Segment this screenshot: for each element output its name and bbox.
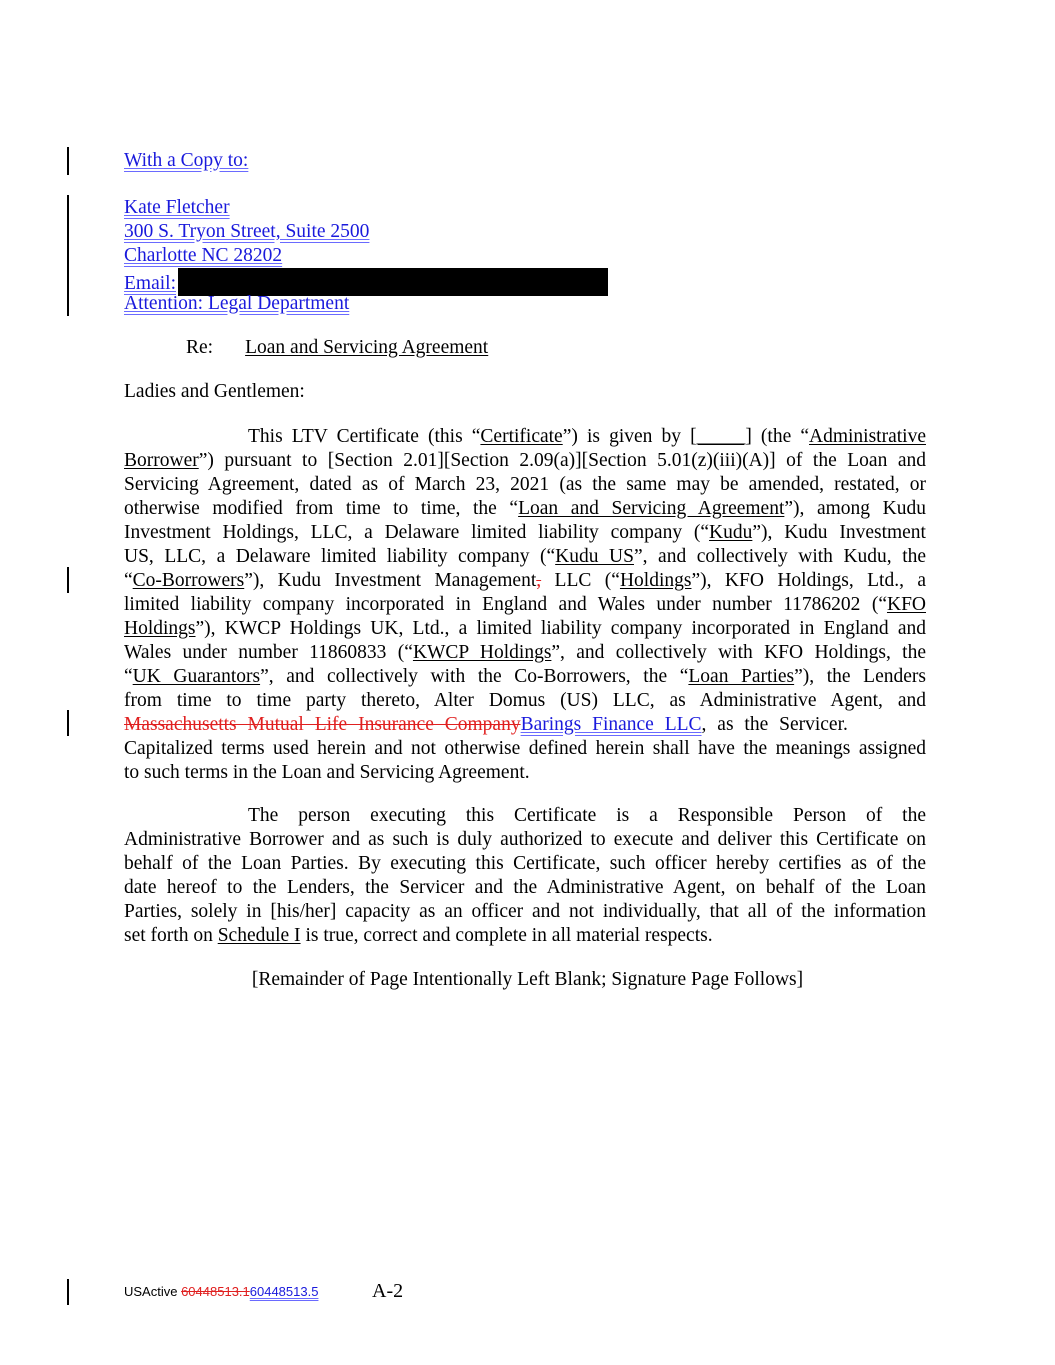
copy-to-heading: With a Copy to: [124,149,248,173]
copy-to-address2: Charlotte NC 28202 [124,244,282,268]
copy-to-name: Kate Fletcher [124,196,230,220]
change-bar [67,710,69,736]
re-subject: Loan and Servicing Agreement [245,337,488,358]
copy-to-attention: Attention: Legal Department [124,292,349,316]
re-line: Re:Loan and Servicing Agreement [186,336,488,360]
deleted-servicer-name: Massachusetts Mutual Life Insurance Comp… [124,714,521,735]
change-bar [67,147,69,175]
footer-doc-id: USActive 60448513.160448513.5 [124,1280,318,1304]
change-bar [67,1279,69,1305]
page-number: A-2 [372,1279,403,1303]
change-bar [67,567,69,593]
change-bar [67,195,69,316]
salutation: Ladies and Gentlemen: [124,380,305,404]
copy-to-address1: 300 S. Tryon Street, Suite 2500 [124,220,369,244]
inserted-servicer-name: Barings Finance LLC [521,714,702,735]
remainder-note: [Remainder of Page Intentionally Left Bl… [0,968,1055,992]
schedule-i-reference: Schedule I [218,925,301,946]
